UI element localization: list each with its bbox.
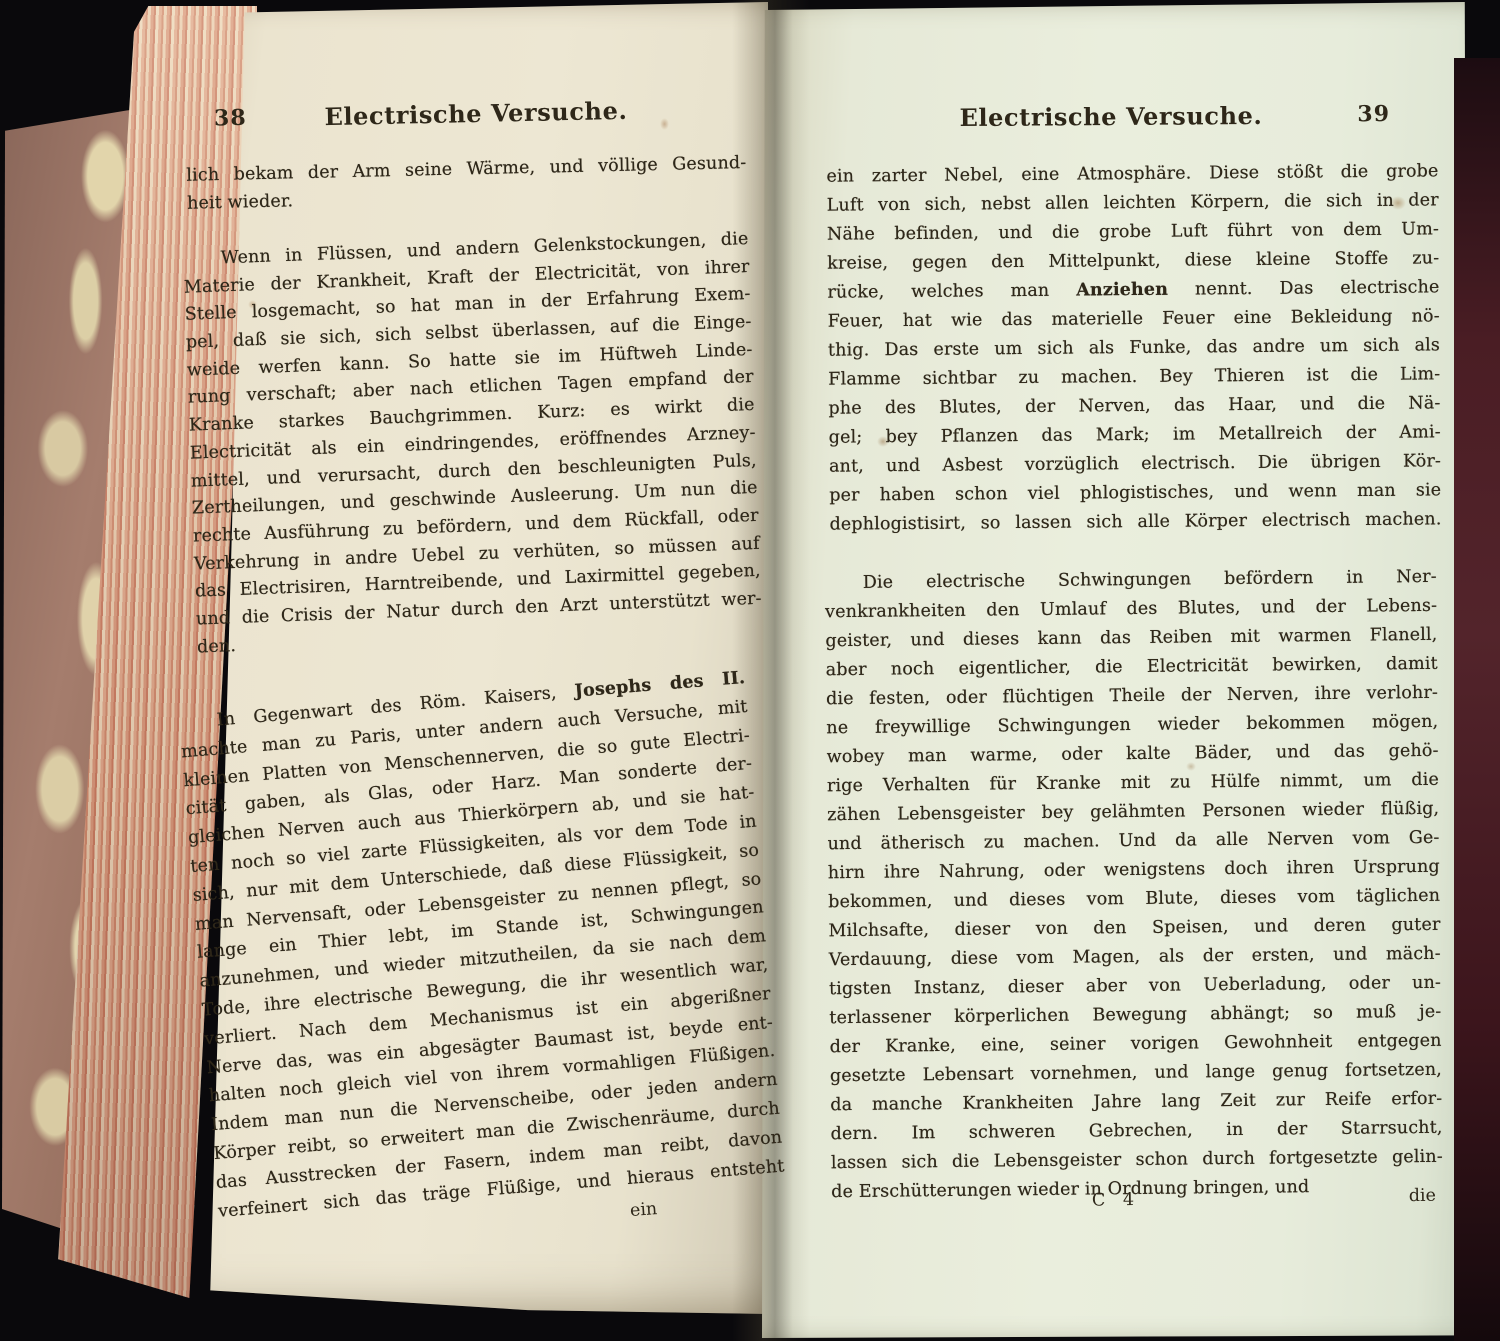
left-paragraph-3: In Gegenwart des Röm. Kaisers, Josephs d… (178, 664, 786, 1226)
open-book-photo: 38 Electrische Versuche. lich bekam der … (0, 0, 1500, 1341)
right-paragraph-1: ein zarter Nebel, eine Atmosphäre. Diese… (826, 157, 1441, 539)
right-running-header: Electrische Versuche. (830, 100, 1392, 133)
left-page-number: 38 (214, 105, 247, 132)
text-line: dephlogistisirt, so lassen sich alle Kör… (829, 505, 1441, 539)
left-paragraph-2: Wenn in Flüssen, und andern Gelenkstocku… (182, 226, 763, 662)
right-catchword: die (1409, 1186, 1436, 1206)
signature-mark: C 4 (1092, 1190, 1140, 1211)
right-page-number: 39 (1357, 101, 1390, 127)
left-catchword: ein (629, 1199, 658, 1221)
right-cover-edge (1454, 58, 1500, 1341)
right-paragraph-2: Die electrische Schwingungen befördern i… (825, 563, 1444, 1207)
right-running-header-row: Electrische Versuche. 39 (830, 100, 1392, 138)
